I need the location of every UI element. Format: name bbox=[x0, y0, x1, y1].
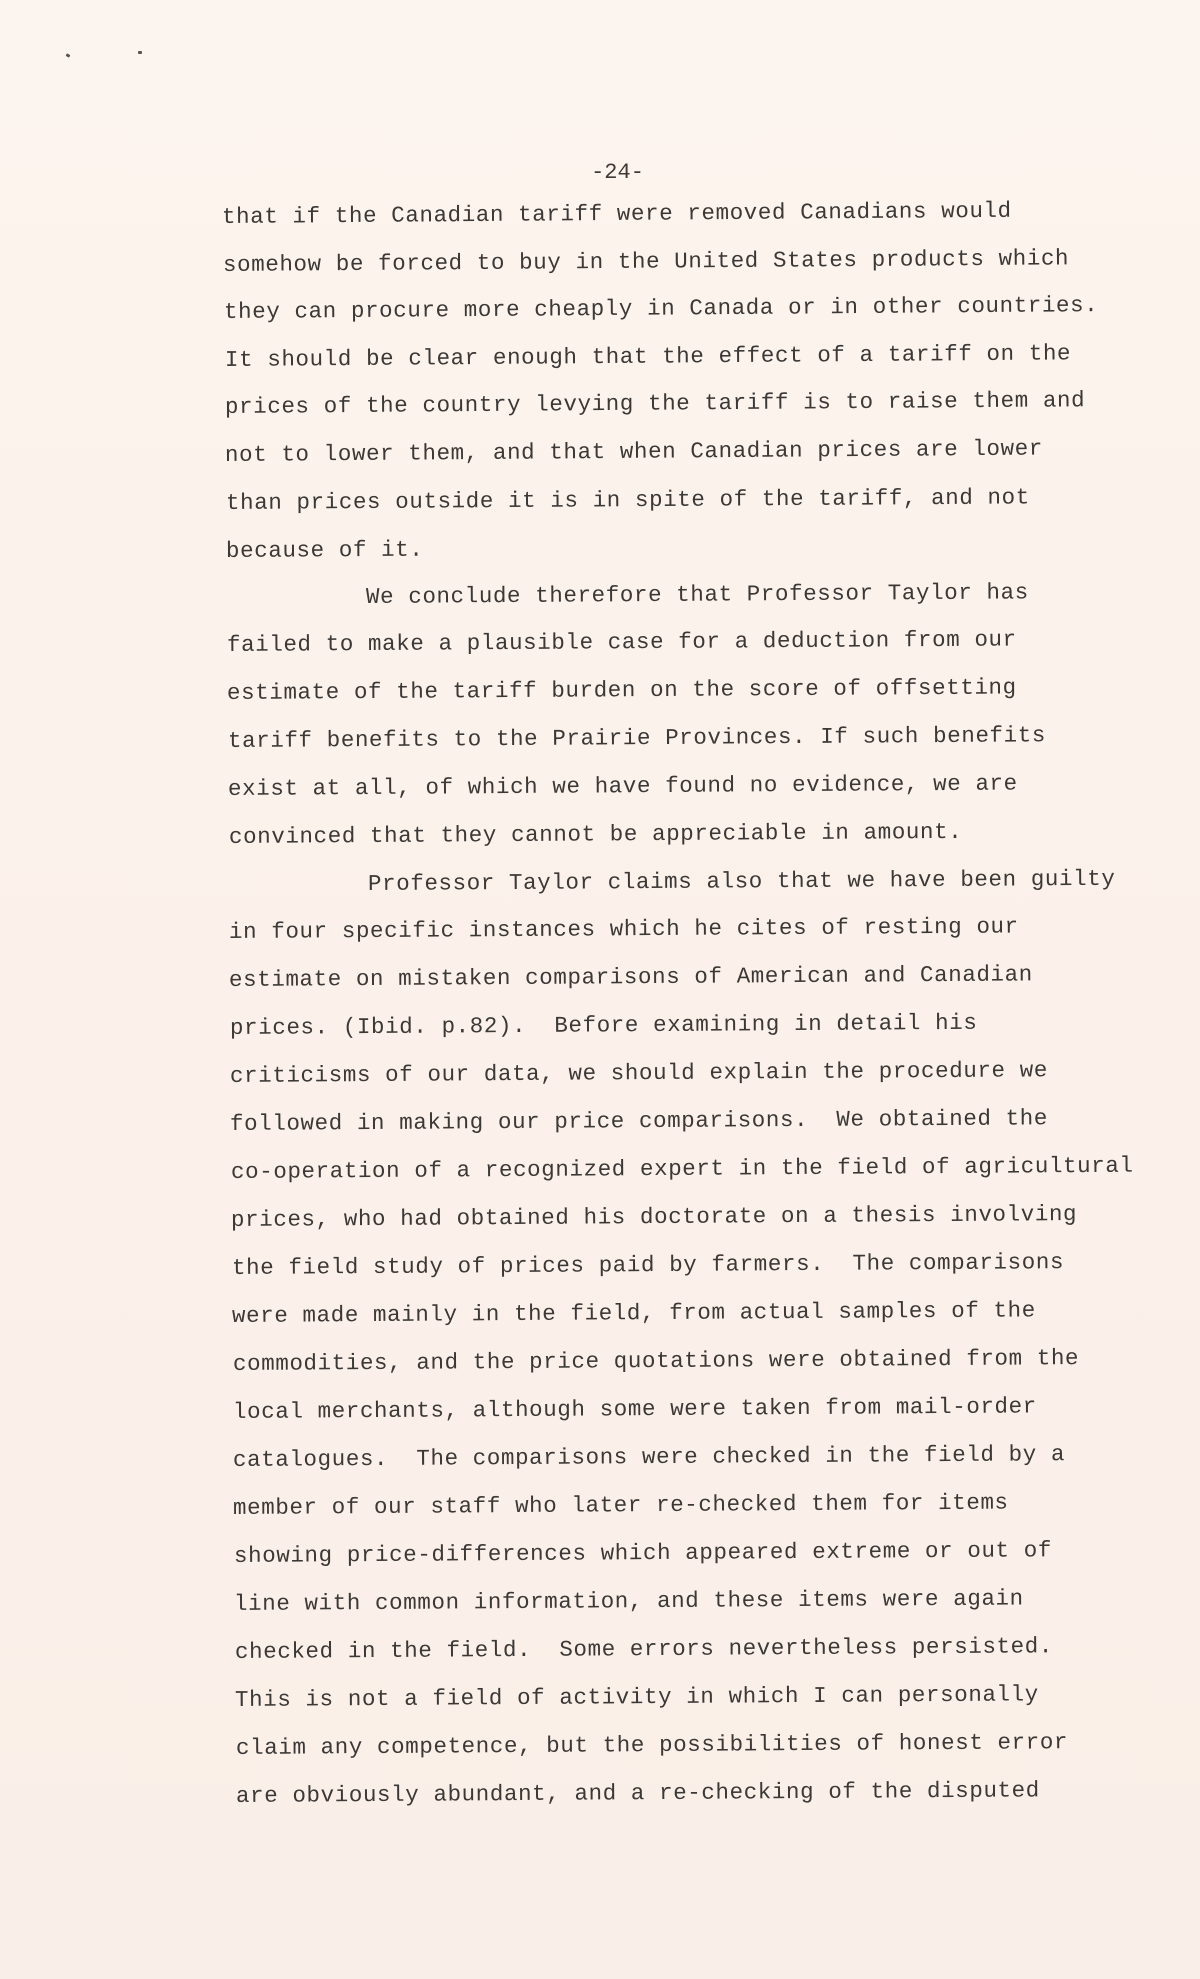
text-line: somehow be forced to buy in the United S… bbox=[223, 247, 1069, 276]
text-line: member of our staff who later re-checked… bbox=[233, 1492, 1009, 1520]
text-line: not to lower them, and that when Canadia… bbox=[225, 438, 1043, 467]
text-line: than prices outside it is in spite of th… bbox=[226, 486, 1030, 514]
text-line: the field study of prices paid by farmer… bbox=[232, 1251, 1064, 1279]
text-line: local merchants, although some were take… bbox=[233, 1395, 1037, 1423]
text-line: line with common information, and these … bbox=[234, 1587, 1024, 1615]
text-line: catalogues. The comparisons were checked… bbox=[233, 1443, 1065, 1471]
text-line: convinced that they cannot be appreciabl… bbox=[229, 821, 962, 849]
text-line: showing price-differences which appeared… bbox=[234, 1539, 1052, 1567]
paper-speck bbox=[66, 53, 71, 58]
text-line: estimate of the tariff burden on the sco… bbox=[227, 676, 1017, 704]
typewritten-page: -24- that if the Canadian tariff were re… bbox=[0, 0, 1200, 1979]
text-line: prices, who had obtained his doctorate o… bbox=[231, 1203, 1077, 1231]
text-line: This is not a field of activity in which… bbox=[235, 1683, 1039, 1711]
text-line: tariff benefits to the Prairie Provinces… bbox=[228, 724, 1046, 752]
text-line: checked in the field. Some errors nevert… bbox=[235, 1635, 1053, 1663]
text-line: that if the Canadian tariff were removed… bbox=[222, 200, 1012, 229]
text-line: commodities, and the price quotations we… bbox=[233, 1347, 1079, 1375]
text-line: claim any competence, but the possibilit… bbox=[236, 1731, 1068, 1759]
text-line: exist at all, of which we have found no … bbox=[228, 772, 1018, 800]
text-line: criticisms of our data, we should explai… bbox=[230, 1059, 1048, 1087]
text-line: failed to make a plausible case for a de… bbox=[227, 628, 1017, 656]
text-line: estimate on mistaken comparisons of Amer… bbox=[229, 963, 1033, 991]
paper-speck bbox=[138, 51, 142, 54]
text-line: followed in making our price comparisons… bbox=[230, 1107, 1048, 1135]
text-line: were made mainly in the field, from actu… bbox=[232, 1299, 1036, 1327]
text-line: We conclude therefore that Professor Tay… bbox=[366, 581, 1029, 608]
text-line: co-operation of a recognized expert in t… bbox=[231, 1155, 1134, 1184]
text-line: in four specific instances which he cite… bbox=[229, 915, 1019, 943]
text-line: prices of the country levying the tariff… bbox=[225, 389, 1085, 418]
page-number: -24- bbox=[0, 160, 1200, 185]
text-line: prices. (Ibid. p.82). Before examining i… bbox=[230, 1012, 978, 1040]
text-line: are obviously abundant, and a re-checkin… bbox=[236, 1779, 1040, 1807]
text-line: because of it. bbox=[226, 539, 424, 563]
text-line: Professor Taylor claims also that we hav… bbox=[368, 868, 1116, 896]
text-line: It should be clear enough that the effec… bbox=[225, 342, 1071, 371]
text-line: they can procure more cheaply in Canada … bbox=[224, 294, 1098, 323]
